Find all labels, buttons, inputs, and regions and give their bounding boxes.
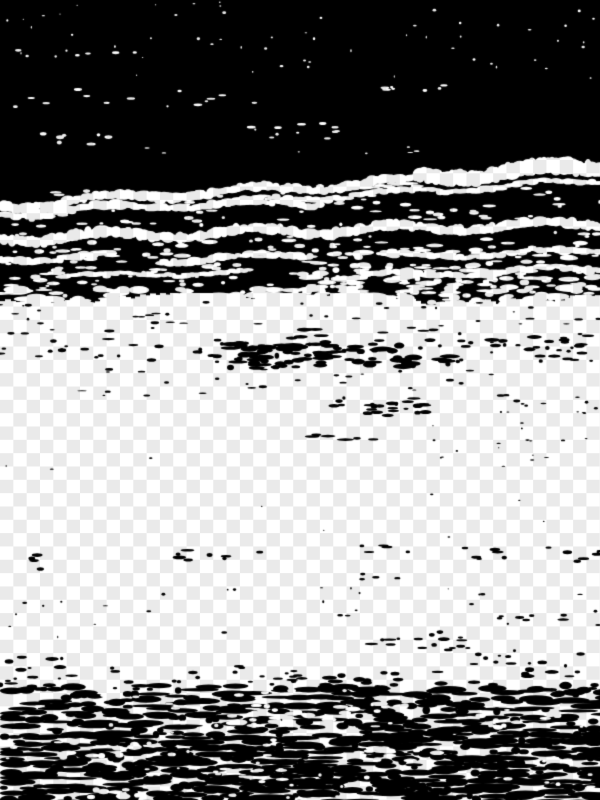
texture-image-preview <box>0 0 600 800</box>
grunge-ink-texture <box>0 0 600 800</box>
